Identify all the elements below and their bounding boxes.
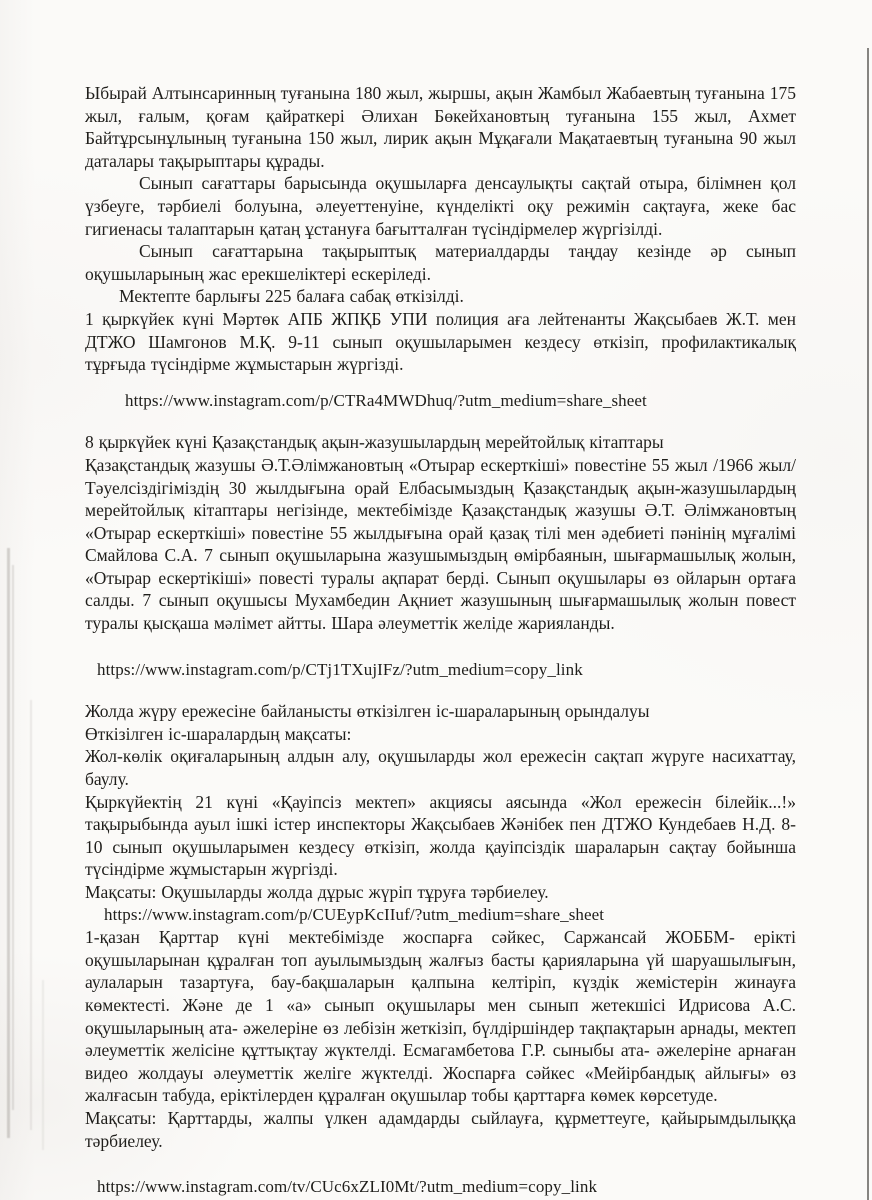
scan-streak-artifact xyxy=(42,980,44,1150)
scan-streak-artifact xyxy=(7,548,10,1138)
blank-line xyxy=(85,1152,796,1176)
document-paragraph: Қыркүйектің 21 күні «Қауіпсіз мектеп» ак… xyxy=(85,791,796,881)
document-paragraph: Мақсаты: Оқушыларды жолда дұрыс жүріп тұ… xyxy=(85,881,796,904)
document-paragraph: 1-қазан Қарттар күні мектебімізде жоспар… xyxy=(85,926,796,1107)
blank-line xyxy=(85,412,796,431)
blank-line xyxy=(85,681,796,700)
document-paragraph: Ыбырай Алтынсаринның туғанына 180 жыл, ж… xyxy=(85,82,796,172)
document-paragraph: 8 қыркүйек күні Қазақстандық ақын-жазушы… xyxy=(85,431,796,454)
blank-line xyxy=(85,635,796,659)
document-paragraph: Өткізілген іс-шаралардың мақсаты: xyxy=(85,723,796,746)
document-paragraph: Мақсаты: Қарттарды, жалпы үлкен адамдард… xyxy=(85,1107,796,1152)
instagram-url-text: https://www.instagram.com/p/CTRa4MWDhuq/… xyxy=(85,390,796,413)
document-paragraph: Сынып сағаттарына тақырыптық материалдар… xyxy=(85,240,796,285)
instagram-url-text: https://www.instagram.com/tv/CUc6xZLI0Mt… xyxy=(85,1176,796,1199)
scan-streak-artifact xyxy=(30,700,32,1130)
instagram-url-text: https://www.instagram.com/p/CTj1TXujIFz/… xyxy=(85,659,796,682)
document-paragraph: Мектепте барлығы 225 балаға сабақ өткізі… xyxy=(85,285,796,308)
document-body: Ыбырай Алтынсаринның туғанына 180 жыл, ж… xyxy=(85,82,796,1199)
scan-edge-line xyxy=(867,48,869,1200)
blank-line xyxy=(85,376,796,390)
document-paragraph: Сынып сағаттары барысында оқушыларға ден… xyxy=(85,172,796,240)
document-paragraph: Қазақстандық жазушы Ә.Т.Әлімжановтың «От… xyxy=(85,454,796,635)
document-paragraph: Жол-көлік оқиғаларының алдын алу, оқушыл… xyxy=(85,745,796,790)
scanned-document-page: Ыбырай Алтынсаринның туғанына 180 жыл, ж… xyxy=(0,0,872,1200)
document-paragraph: Жолда жүру ережесіне байланысты өткізілг… xyxy=(85,700,796,723)
instagram-url-text: https://www.instagram.com/p/CUEypKcIIuf/… xyxy=(85,904,796,927)
scan-streak-artifact xyxy=(12,565,14,1110)
document-paragraph: 1 қыркүйек күні Мәртөк АПБ ЖПҚБ УПИ поли… xyxy=(85,308,796,376)
